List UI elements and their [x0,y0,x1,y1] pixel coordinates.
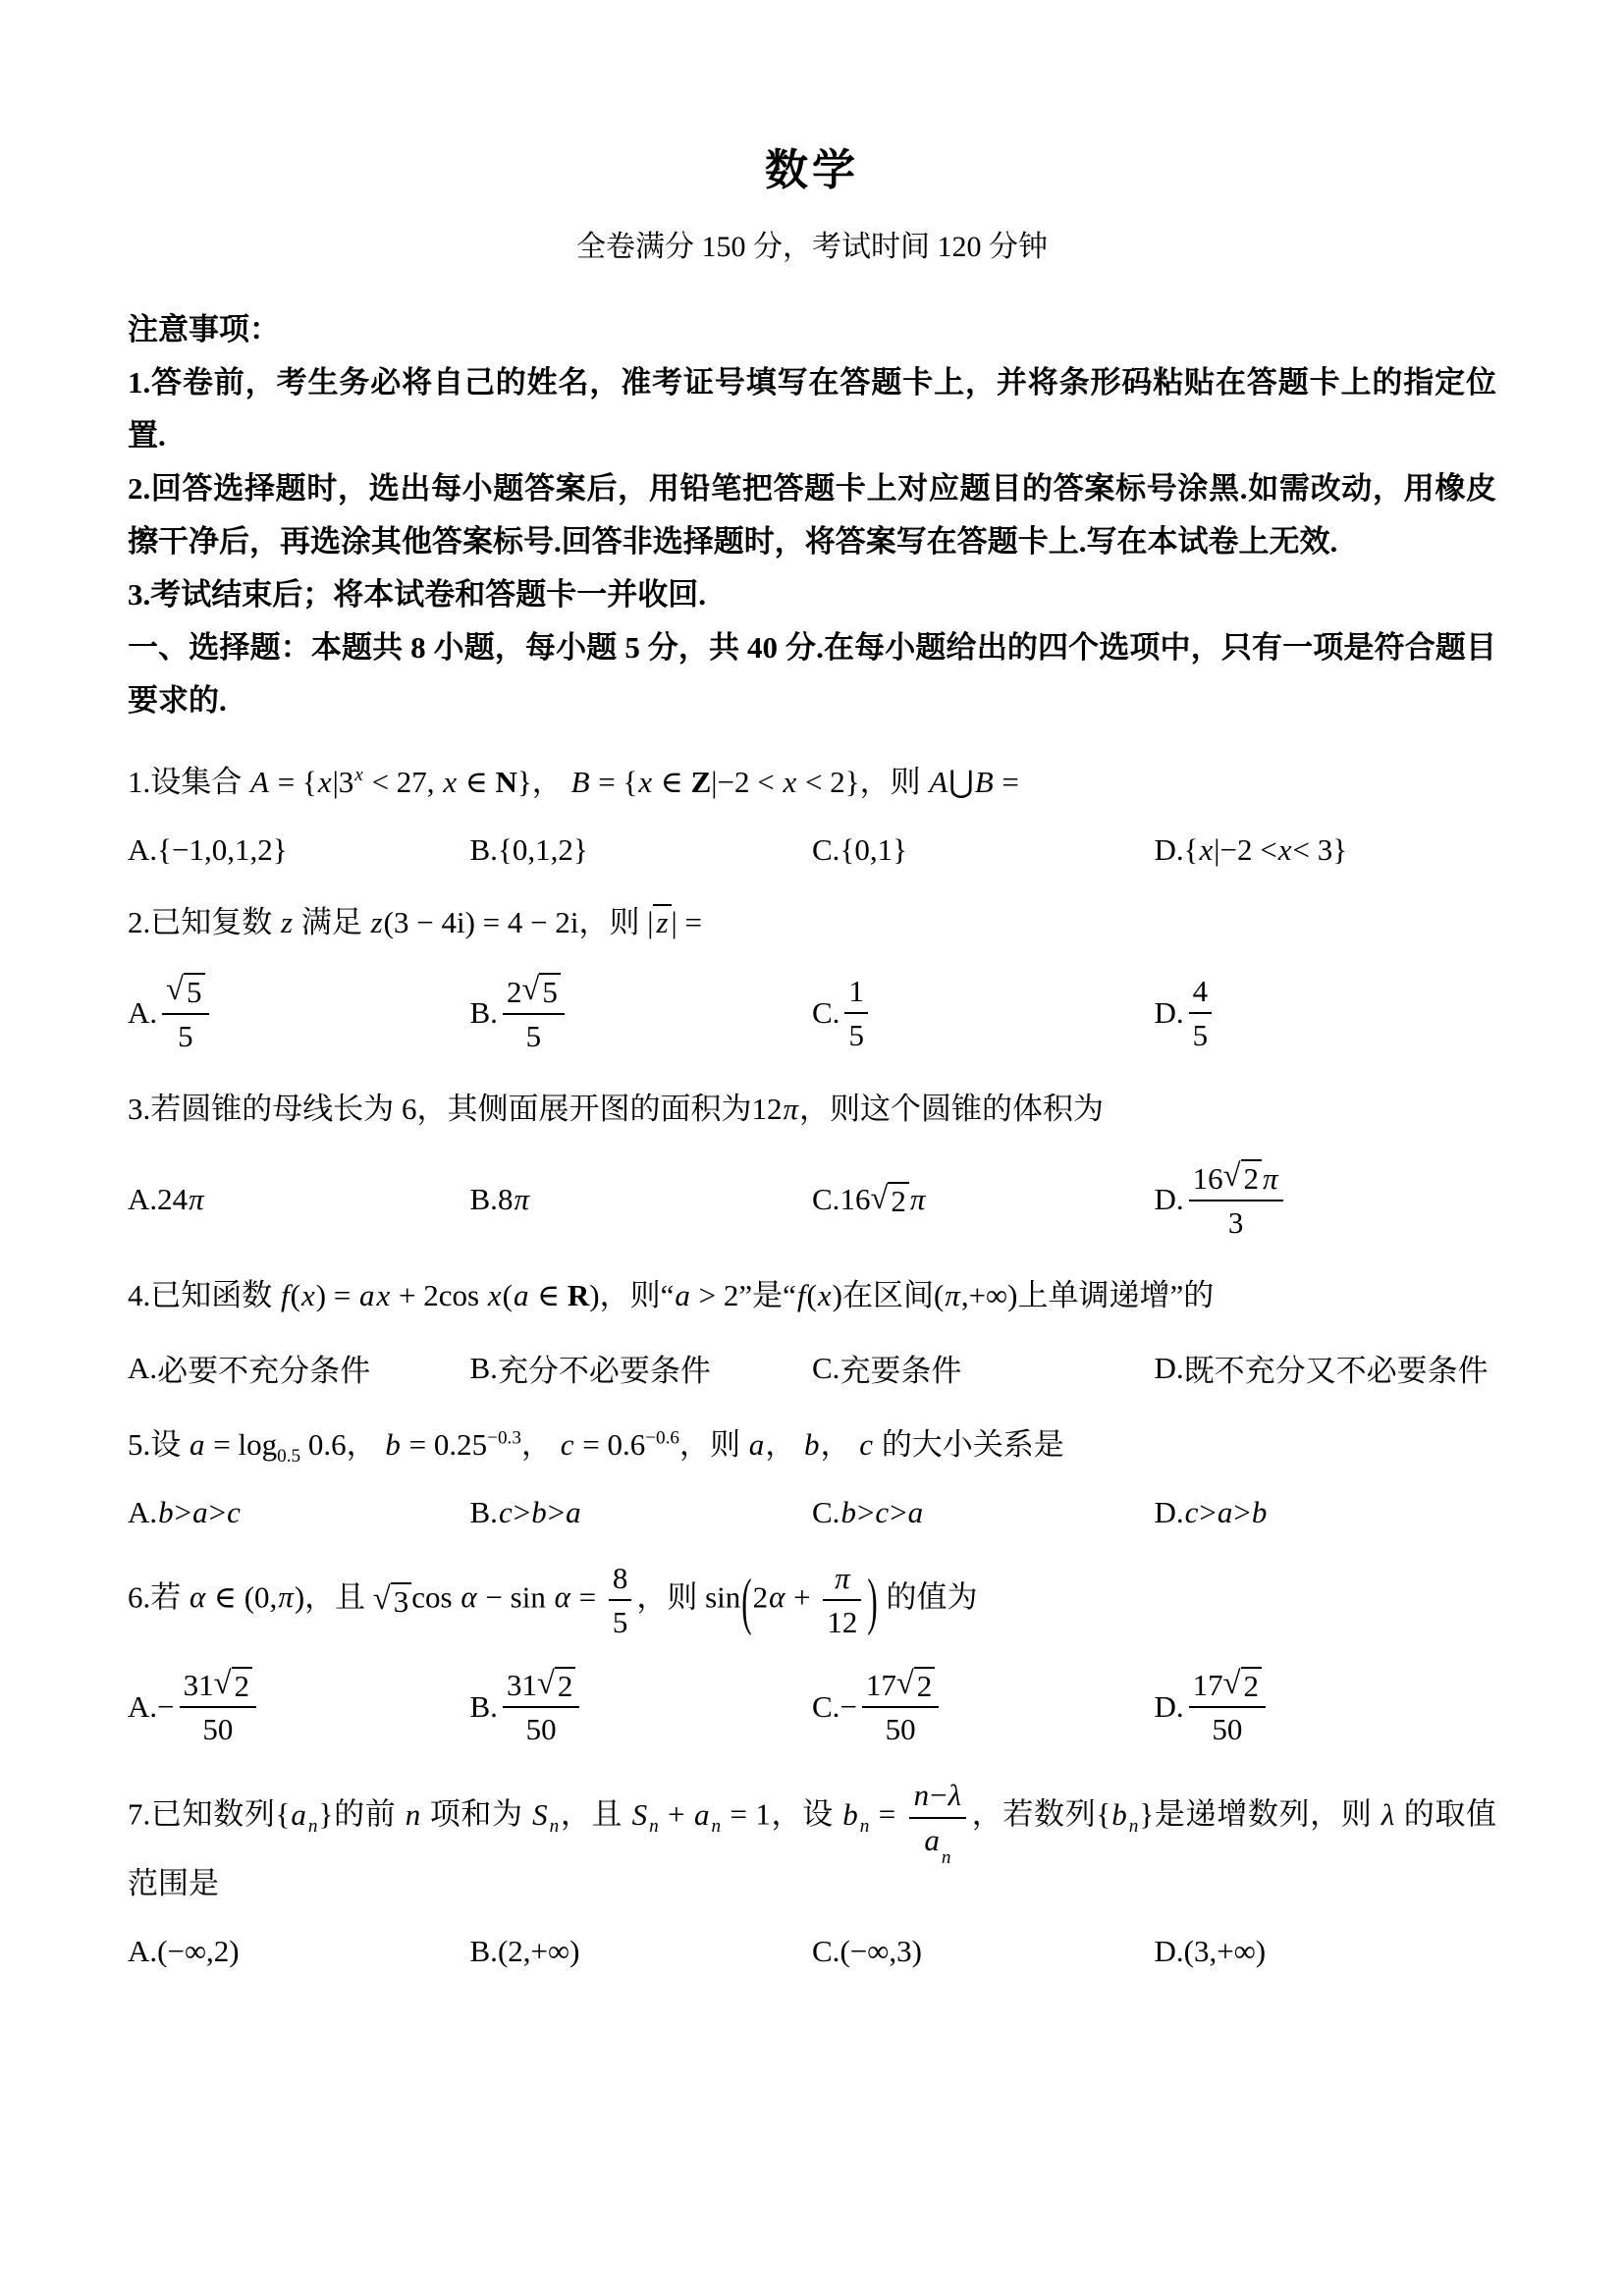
option-content: 2√55 [498,973,569,1054]
option-content: 16√2π3 [1184,1159,1288,1241]
option-label: A. [128,832,157,868]
question-5-option-b: B.c > b > a [470,1495,813,1530]
question-1: 1.设集合 A = {x|3x < 27, x ∈ N}， B = {x ∈ Z… [128,757,1496,868]
question-4-option-a: A.必要不充分条件 [128,1346,470,1390]
option-label: B. [470,1689,498,1725]
option-content: b > c > a [839,1495,924,1530]
option-content: 8π [498,1182,530,1217]
option-content: (2,+∞) [498,1934,579,1969]
question-5-option-c: C.b > c > a [812,1495,1155,1530]
question-2-option-d: D.45 [1155,973,1497,1053]
question-7-option-b: B.(2,+∞) [470,1934,813,1969]
option-label: C. [812,1495,839,1530]
question-3-option-b: B.8π [470,1182,813,1217]
question-5-options: A.b > a > c B.c > b > a C.b > c > a D.c … [128,1495,1496,1530]
question-4-options: A.必要不充分条件 B.充分不必要条件 C.充要条件 D.既不充分又不必要条件 [128,1346,1496,1390]
notice-2: 2.回答选择题时，选出每小题答案后，用铅笔把答题卡上对应题目的答案标号涂黑.如需… [128,462,1496,568]
question-6: 6.若 α ∈ (0,π)，且 √3cos α − sin α = 85，则 s… [128,1560,1496,1747]
option-content: √55 [157,973,213,1054]
question-1-options: A.{−1,0,1,2} B.{0,1,2} C.{0,1} D.{x|−2 <… [128,832,1496,868]
option-content: {x|−2 < x < 3} [1184,832,1347,868]
option-content: 24π [157,1182,205,1217]
question-2-option-a: A.√55 [128,973,470,1054]
question-1-option-d: D.{x|−2 < x < 3} [1155,832,1497,868]
option-label: D. [1155,1934,1184,1969]
option-content: c > a > b [1184,1495,1269,1530]
question-1-stem: 1.设集合 A = {x|3x < 27, x ∈ N}， B = {x ∈ Z… [128,757,1496,807]
option-label: C. [812,1182,839,1217]
option-label: B. [470,995,498,1031]
option-label: C. [812,1351,839,1386]
option-content: 充分不必要条件 [498,1346,711,1390]
option-content: 充要条件 [839,1346,961,1390]
question-4: 4.已知函数 f(x) = ax + 2cos x(a ∈ R)，则“a > 2… [128,1270,1496,1390]
question-1-option-b: B.{0,1,2} [470,832,813,868]
option-label: B. [470,832,498,868]
question-3-option-a: A.24π [128,1182,470,1217]
question-7-option-d: D.(3,+∞) [1155,1934,1497,1969]
question-7-stem: 7.已知数列{an}的前 n 项和为 Sn，且 Sn + an = 1，设 bn… [128,1777,1496,1908]
question-6-option-b: B.31√250 [470,1667,813,1748]
question-3-stem: 3.若圆锥的母线长为 6，其侧面展开图的面积为12π，则这个圆锥的体积为 [128,1084,1496,1134]
question-2: 2.已知复数 z 满足 z(3 − 4i) = 4 − 2i，则 |z| = A… [128,897,1496,1054]
option-label: D. [1155,1495,1184,1530]
question-5: 5.设 a = log0.5 0.6， b = 0.25−0.3， c = 0.… [128,1419,1496,1530]
option-content: {0,1,2} [498,832,588,868]
option-content: (−∞,3) [839,1934,921,1969]
option-label: A. [128,995,157,1031]
option-label: D. [1155,832,1184,868]
option-content: {−1,0,1,2} [157,832,288,868]
question-5-option-d: D.c > a > b [1155,1495,1497,1530]
option-content: c > b > a [498,1495,582,1530]
question-3: 3.若圆锥的母线长为 6，其侧面展开图的面积为12π，则这个圆锥的体积为 A.2… [128,1084,1496,1241]
question-7-option-a: A.(−∞,2) [128,1934,470,1969]
option-label: B. [470,1934,498,1969]
option-label: A. [128,1495,157,1530]
notice-3: 3.考试结束后；将本试卷和答题卡一并收回. [128,568,1496,621]
option-label: C. [812,832,839,868]
question-4-option-d: D.既不充分又不必要条件 [1155,1346,1497,1390]
option-label: A. [128,1689,157,1725]
question-6-stem: 6.若 α ∈ (0,π)，且 √3cos α − sin α = 85，则 s… [128,1560,1496,1640]
exam-paper: 数学 全卷满分 150 分，考试时间 120 分钟 注意事项： 1.答卷前，考生… [0,0,1624,1969]
option-label: D. [1155,1351,1184,1386]
option-content: 31√250 [498,1667,584,1748]
question-2-options: A.√55 B.2√55 C.15 D.45 [128,973,1496,1054]
option-label: B. [470,1495,498,1530]
question-3-options: A.24π B.8π C.16√2π D.16√2π3 [128,1159,1496,1241]
question-1-option-a: A.{−1,0,1,2} [128,832,470,868]
option-content: (3,+∞) [1184,1934,1266,1969]
option-label: C. [812,1934,839,1969]
question-7: 7.已知数列{an}的前 n 项和为 Sn，且 Sn + an = 1，设 bn… [128,1777,1496,1969]
option-label: A. [128,1182,157,1217]
question-3-option-c: C.16√2π [812,1182,1155,1219]
option-content: {0,1} [839,832,907,868]
page-title: 数学 [128,145,1496,197]
notice-header: 注意事项： [128,303,1496,356]
option-label: D. [1155,1689,1184,1725]
option-content: −17√250 [839,1667,944,1748]
question-5-option-a: A.b > a > c [128,1495,470,1530]
page-subtitle: 全卷满分 150 分，考试时间 120 分钟 [128,227,1496,268]
option-label: C. [812,995,839,1031]
question-4-stem: 4.已知函数 f(x) = ax + 2cos x(a ∈ R)，则“a > 2… [128,1270,1496,1320]
option-content: 必要不充分条件 [157,1346,370,1390]
question-5-stem: 5.设 a = log0.5 0.6， b = 0.25−0.3， c = 0.… [128,1419,1496,1469]
option-label: B. [470,1182,498,1217]
option-label: B. [470,1351,498,1386]
option-content: −31√250 [157,1667,261,1748]
option-content: 45 [1184,973,1218,1053]
question-7-option-c: C.(−∞,3) [812,1934,1155,1969]
option-content: 17√250 [1184,1667,1271,1748]
option-label: A. [128,1351,157,1386]
question-6-options: A.−31√250 B.31√250 C.−17√250 D.17√250 [128,1667,1496,1748]
question-3-option-d: D.16√2π3 [1155,1159,1497,1241]
question-2-stem: 2.已知复数 z 满足 z(3 − 4i) = 4 − 2i，则 |z| = [128,897,1496,947]
option-label: A. [128,1934,157,1969]
question-2-option-b: B.2√55 [470,973,813,1054]
question-4-option-c: C.充要条件 [812,1346,1155,1390]
question-6-option-a: A.−31√250 [128,1667,470,1748]
question-4-option-b: B.充分不必要条件 [470,1346,813,1390]
option-content: 16√2π [839,1182,926,1219]
question-7-options: A.(−∞,2) B.(2,+∞) C.(−∞,3) D.(3,+∞) [128,1934,1496,1969]
section-header: 一、选择题：本题共 8 小题，每小题 5 分，共 40 分.在每小题给出的四个选… [128,621,1496,727]
option-label: D. [1155,995,1184,1031]
question-1-option-c: C.{0,1} [812,832,1155,868]
question-6-option-c: C.−17√250 [812,1667,1155,1748]
option-content: 既不充分又不必要条件 [1184,1346,1489,1390]
option-content: 15 [839,973,873,1053]
option-content: (−∞,2) [157,1934,239,1969]
notice-1: 1.答卷前，考生务必将自己的姓名，准考证号填写在答题卡上，并将条形码粘贴在答题卡… [128,356,1496,462]
question-6-option-d: D.17√250 [1155,1667,1497,1748]
option-label: D. [1155,1182,1184,1217]
option-label: C. [812,1689,839,1725]
option-content: b > a > c [157,1495,242,1530]
question-2-option-c: C.15 [812,973,1155,1053]
